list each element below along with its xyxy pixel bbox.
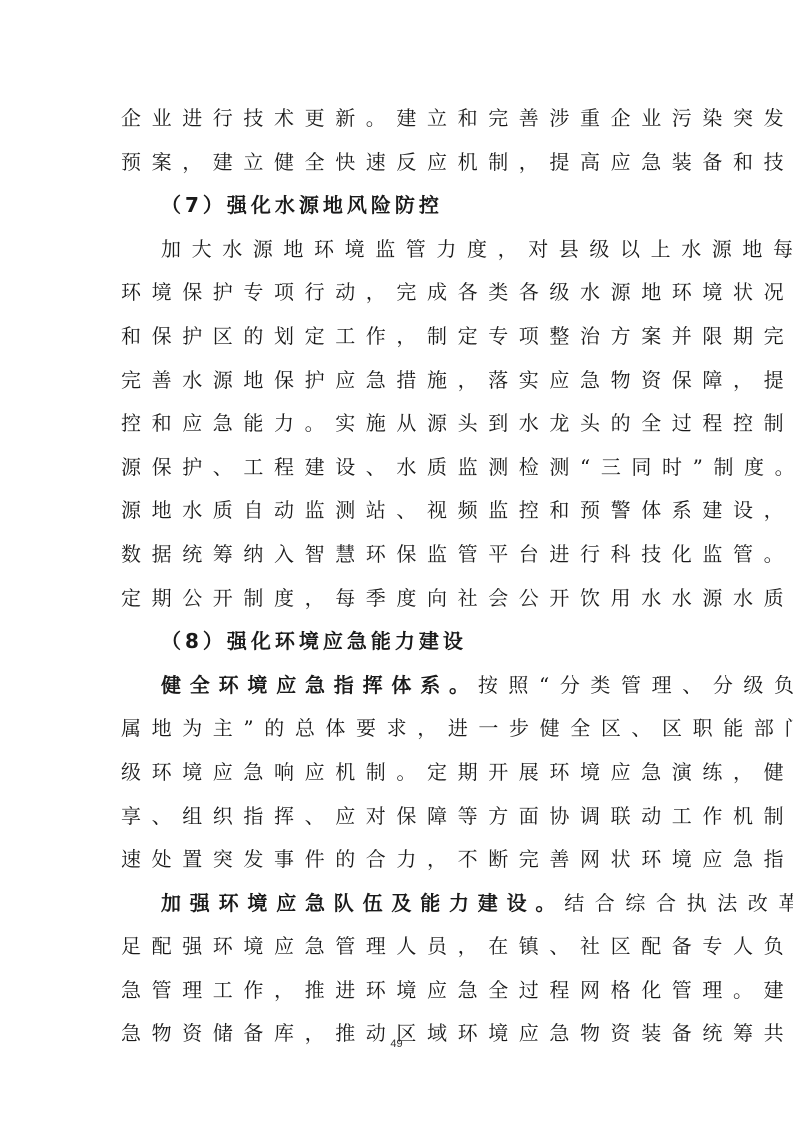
paragraph-line: 和保护区的划定工作，制定专项整治方案并限期完成整改。 [121,315,673,359]
paragraph-line: 预案，建立健全快速反应机制，提高应急装备和技术水平。 [121,141,673,185]
paragraph-text: 按照“分类管理、分级负责、 [478,673,793,697]
paragraph-line: 定期公开制度，每季度向社会公开饮用水水源水质状况。 [121,577,673,621]
paragraph-line: 数据统筹纳入智慧环保监管平台进行科技化监管。健全水质 [121,533,673,577]
paragraph-line: 级环境应急响应机制。定期开展环境应急演练，健全信息共 [121,751,673,795]
paragraph-line: 加强环境应急队伍及能力建设。结合综合执法改革，配 [121,882,673,926]
section-heading-7: （7）强化水源地风险防控 [121,184,673,228]
section-heading-8: （8）强化环境应急能力建设 [121,620,673,664]
paragraph-line: 源地水质自动监测站、视频监控和预警体系建设，各类信息 [121,489,673,533]
paragraph-text: 结合综合执法改革，配 [564,891,793,915]
paragraph-line: 急管理工作，推进环境应急全过程网格化管理。建设环境应 [121,969,673,1013]
page-number: 49 [0,1038,793,1050]
paragraph-line: 环境保护专项行动，完成各类各级水源地环境状况调查评估 [121,271,673,315]
paragraph-line: 享、组织指挥、应对保障等方面协调联动工作机制，形成快 [121,795,673,839]
paragraph-line: 速处置突发事件的合力，不断完善网状环境应急指挥体系。 [121,838,673,882]
paragraph-line: 足配强环境应急管理人员，在镇、社区配备专人负责环境应 [121,925,673,969]
paragraph-lead-bold: 健全环境应急指挥体系。 [161,673,478,697]
paragraph-line: 源保护、工程建设、水质监测检测“三同时”制度。推动水 [121,446,673,490]
document-body: 企业进行技术更新。建立和完善涉重企业污染突发事件应急 预案，建立健全快速反应机制… [121,97,673,1056]
paragraph-line: 加大水源地环境监管力度，对县级以上水源地每年开展 [121,228,673,272]
paragraph-line: 健全环境应急指挥体系。按照“分类管理、分级负责、 [121,664,673,708]
paragraph-line: 完善水源地保护应急措施，落实应急物资保障，提升风险防 [121,359,673,403]
paragraph-lead-bold: 加强环境应急队伍及能力建设。 [161,891,564,915]
paragraph-line: 企业进行技术更新。建立和完善涉重企业污染突发事件应急 [121,97,673,141]
paragraph-line: 控和应急能力。实施从源头到水龙头的全过程控制，落实水 [121,402,673,446]
paragraph-line: 属地为主”的总体要求，进一步健全区、区职能部门、镇三 [121,707,673,751]
